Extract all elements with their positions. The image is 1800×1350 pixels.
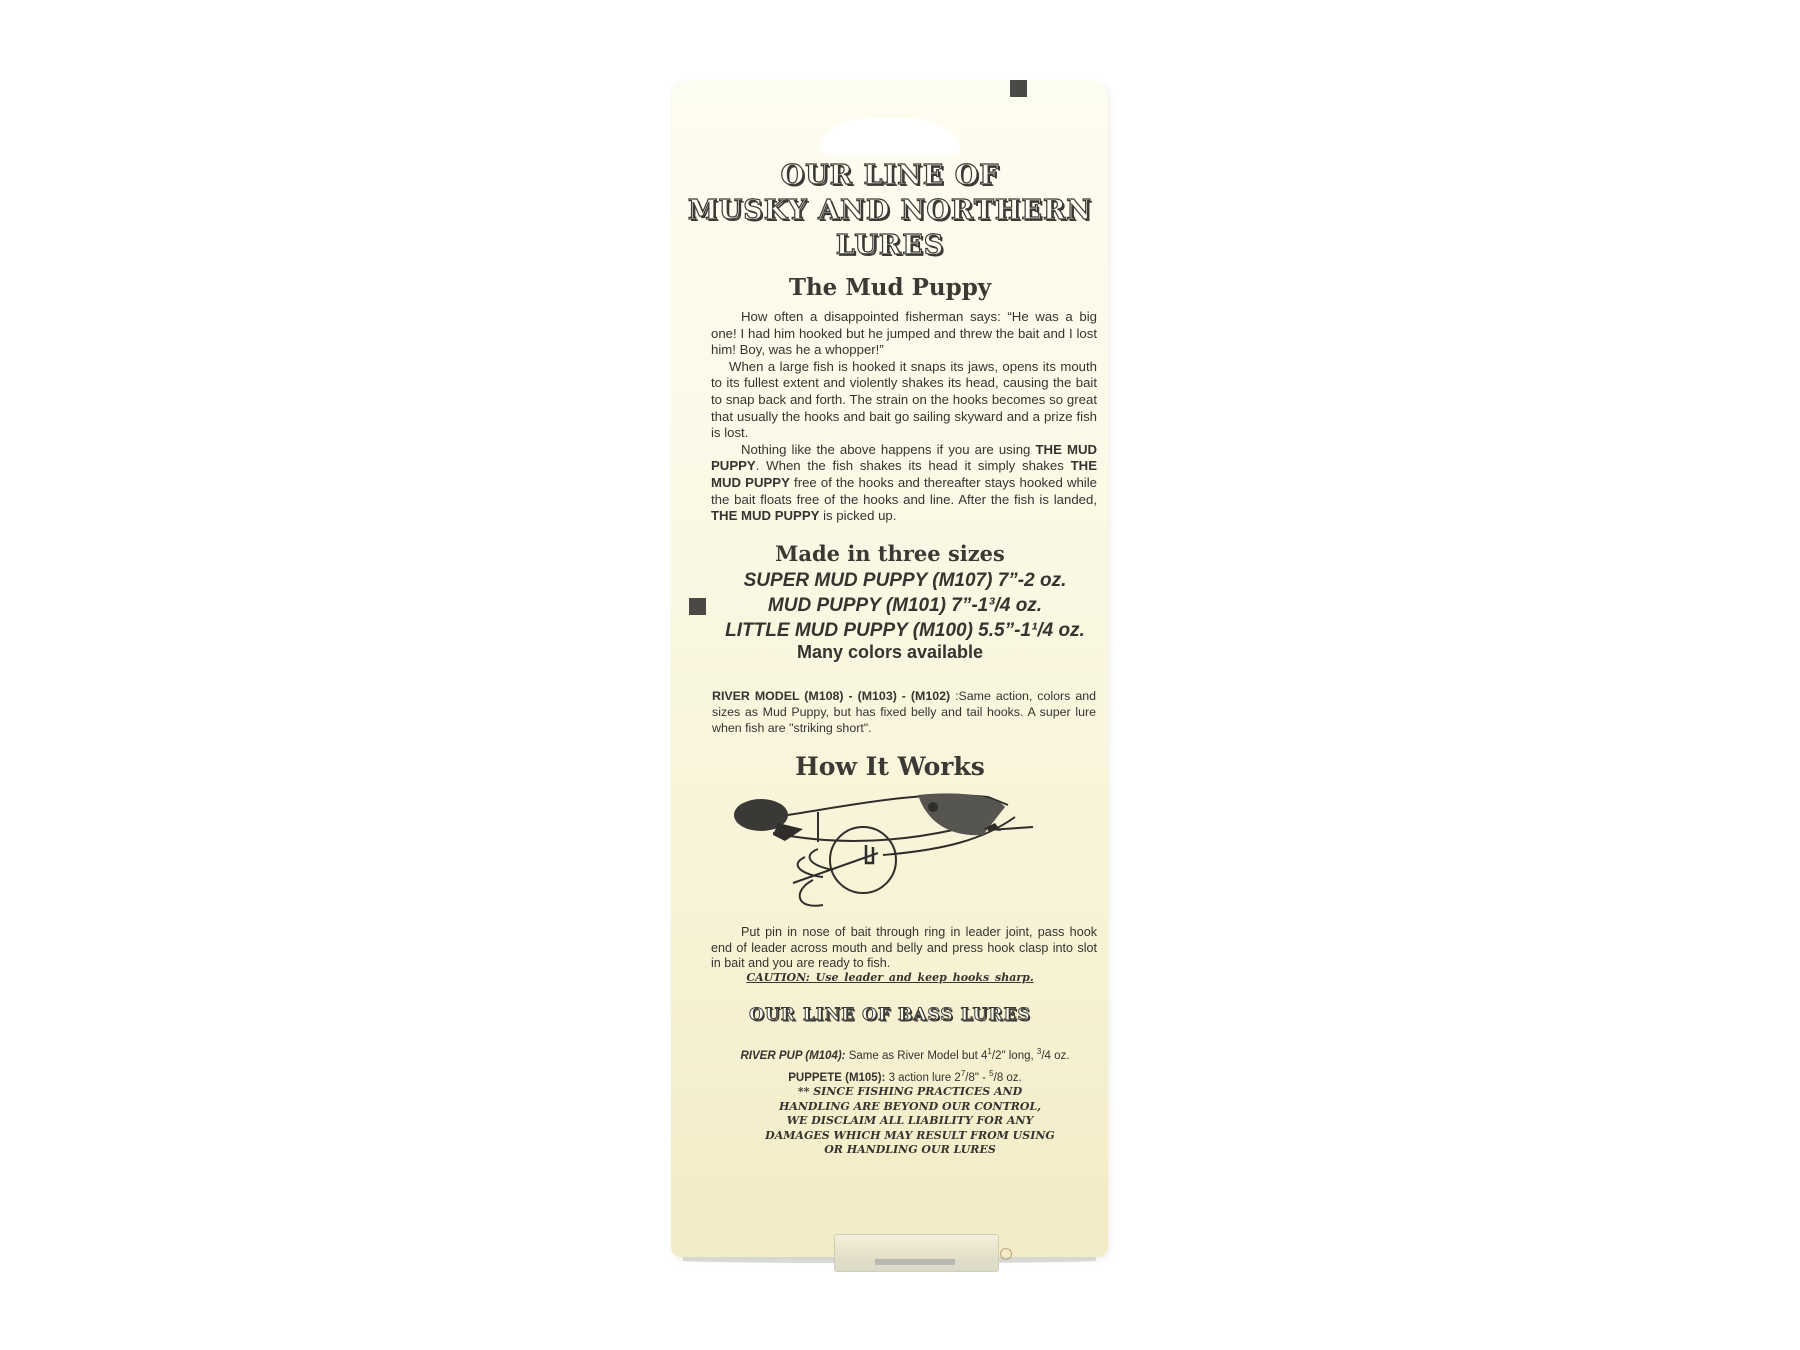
how-it-works-heading: How It Works: [680, 752, 1100, 781]
registration-mark-icon: [1010, 80, 1027, 97]
size-item: MUD PUPPY (M101) 7”-1³/4 oz.: [690, 593, 1120, 618]
river-model-label: RIVER MODEL (M108) - (M103) - (M102): [712, 689, 950, 703]
header-line: MUSKY AND NORTHERN: [680, 193, 1100, 228]
screw-icon: [1000, 1248, 1012, 1260]
intro-paragraph: When a large fish is hooked it snaps its…: [711, 359, 1097, 442]
bass-lures-heading: OUR LINE OF BASS LURES: [680, 1005, 1100, 1025]
intro-text: How often a disappointed fisherman says:…: [711, 309, 1097, 525]
liability-disclaimer: ** SINCE FISHING PRACTICES AND HANDLING …: [730, 1085, 1090, 1158]
lure-diagram-icon: [733, 785, 1063, 915]
bass-lure-item: PUPPETE (M105): 3 action lure 27/8" - 5/…: [700, 1065, 1110, 1087]
header-title: OUR LINE OF MUSKY AND NORTHERN LURES: [680, 158, 1100, 263]
size-item: SUPER MUD PUPPY (M107) 7”-2 oz.: [690, 568, 1120, 593]
intro-paragraph: Nothing like the above happens if you ar…: [711, 442, 1097, 525]
caution-note: CAUTION: Use leader and keep hooks sharp…: [680, 971, 1100, 984]
intro-paragraph: How often a disappointed fisherman says:…: [711, 309, 1097, 359]
display-stand: [834, 1234, 999, 1272]
sizes-list: SUPER MUD PUPPY (M107) 7”-2 oz. MUD PUPP…: [690, 568, 1120, 643]
hang-hole: [820, 118, 960, 156]
size-item: LITTLE MUD PUPPY (M100) 5.5”-1¹/4 oz.: [690, 618, 1120, 643]
bass-lure-item: RIVER PUP (M104): Same as River Model bu…: [700, 1043, 1110, 1065]
bass-lures-list: RIVER PUP (M104): Same as River Model bu…: [700, 1043, 1110, 1087]
instructions-text: Put pin in nose of bait through ring in …: [711, 925, 1097, 972]
colors-note: Many colors available: [680, 642, 1100, 663]
header-line: OUR LINE OF: [680, 158, 1100, 193]
header-line: LURES: [680, 228, 1100, 263]
sizes-heading: Made in three sizes: [680, 541, 1100, 566]
product-title: The Mud Puppy: [680, 274, 1100, 301]
river-model-text: RIVER MODEL (M108) - (M103) - (M102) :Sa…: [712, 688, 1096, 736]
